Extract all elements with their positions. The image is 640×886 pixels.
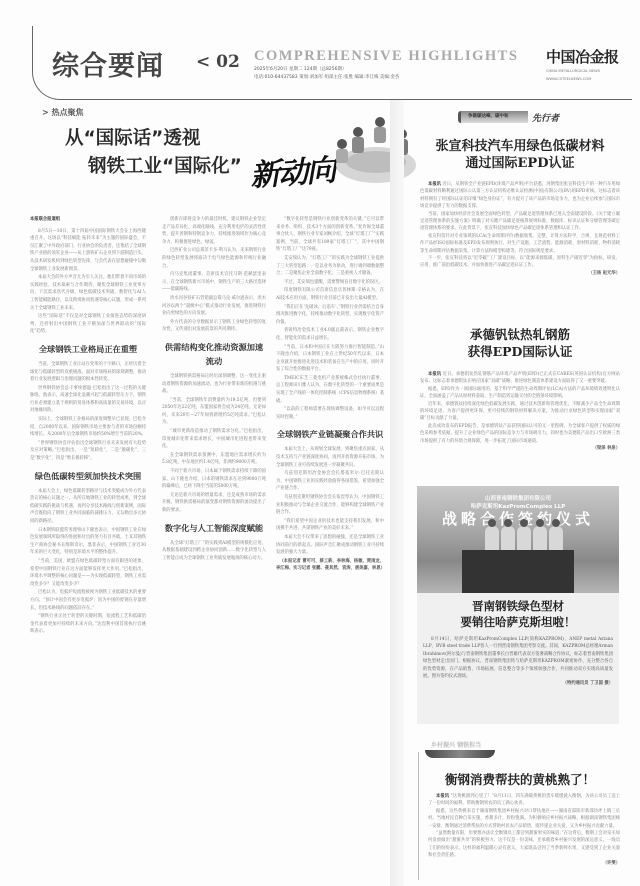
paragraph: 本届大会的外方声音尤为引人关注。他们带着不同市场的实践经验、技术探索与合作期待，… <box>30 274 146 312</box>
paragraph: 8月5日—10日，第十四届中国国际钢铁大会在上海西隆重召开。这场以“科技赋能 拓… <box>30 228 146 274</box>
article2-headline: 承德钒钛热轧钢筋 获得EPD国际认证 <box>420 326 620 360</box>
article1-body: 本报讯 近日，从钢铁全产业链EPD(环境产品声明)平台获悉，河钢集团张宣科技生产… <box>420 181 620 277</box>
paragraph: 当前，国家加快经济社会发展全面绿色转型，产品碳足迹管理体系已进入全面建设阶段。《… <box>420 211 620 233</box>
paragraph: “虽然数量有限，但要想办法让全衡钢员工都尝到甜蜜果实的味道。”在这背后，衡钢工会… <box>428 830 620 860</box>
signing-ceremony-photo: 山西晋南钢铁集团有限公司 哈萨克斯坦KazPromComplex LLP 战略合… <box>417 486 619 593</box>
contact-line: 电话:010-64437583 策划:刘加军 组部主任:张胜 编辑:李江梅 美编… <box>254 74 399 82</box>
paragraph: 不同于新兴市场，日本属于钢铁需求持续下降的国家。山下隆也介绍，日本的钢铁需求在达… <box>162 468 266 491</box>
paragraph: “当前，全球钢铁年消费量约为19.5亿吨，但要到2050年达22亿吨，东盟国家将… <box>162 397 266 427</box>
reporter-credit: （许雯） <box>428 860 620 867</box>
paragraph: 本届大会上，从规划全球发展，到聚焦重点国家，从技术支持与产业链深度协同，再到开放… <box>276 446 384 469</box>
paragraph: 艾安瑞认为，“灯塔工厂”的实践为全球钢铁工业提供了三大转型思路：一是以业务为驱动… <box>276 255 384 278</box>
section-label-hot-focus: > 热点聚焦 <box>42 107 84 118</box>
photo-news-box: 山西晋南钢铁集团有限公司 哈萨克斯坦KazPromComplex LLP 战略合… <box>417 486 619 724</box>
article1-headline: 张宣科技汽车用绿色低碳材料 通过国际EPD认证 <box>420 138 620 172</box>
right-column-divider <box>390 100 404 886</box>
subheading: 供需结构变化推动资源加速流动 <box>162 340 266 368</box>
paragraph: 此次成功发布的EPD报告，是承德钒钛产品获得国际认可的又一里程碑，为全球客户提供… <box>420 423 620 445</box>
paragraph: 乌兹别克斯坦冶金协会会长塔基米尔·巴托克斯认为，中国钢铁工业的实践经验值得各国借… <box>276 470 384 493</box>
paragraph: 淡水河谷铁矿石营销副总裁马克·威尔逊表示，淡水河谷以两个“超级中心”模式推动行业… <box>162 295 266 318</box>
logo-subtitle: CHINA METALLURGICAL NEWS WWW.CSTEELNEWS.… <box>546 67 600 83</box>
paragraph: 巴西矿业公司总裁菲卡多·利马认为，未来钢铁行业的绿色转型发展将取决于电气绿色能源… <box>162 247 266 270</box>
photographer-credit: （特约通讯员 丁卫国 摄） <box>423 680 613 687</box>
meeting-illustration-icon <box>328 110 418 190</box>
headline-line: 获得EPD国际认证 <box>420 343 620 360</box>
paragraph: 在全球钢铁需求预测中，东盟地区需求增长约为5.8亿吨，中东地区约1.4亿吨，非洲… <box>162 452 266 467</box>
lead-tag: 本报讯 <box>428 182 441 187</box>
paragraph: 内马克集团董事、首席技术官托马斯·范赫瑟里表示，在全球钢铁新兴市场中，钢铁生产的… <box>162 271 266 294</box>
subheading: 全球钢铁工业格局正在重塑 <box>30 342 146 356</box>
lead-tag: 本报讯 <box>436 794 449 799</box>
headline-line: 通过国际EPD认证 <box>420 155 620 172</box>
subheading: 数字化与人工智能深度赋能 <box>162 521 266 535</box>
paragraph: 据悉，EPD作为一项国际通用的，基于科学严谨的生命周期评估(LCA)方法的产品环… <box>420 386 620 401</box>
paragraph: “世界钢铁协会评估指出全球钢铁行业未来发展有大趋势及应对策略。”巴松指出，一是“… <box>30 440 146 463</box>
paragraph: “这黄桃甜到心里了！”8月11日，四车满载黄桃的货车缓缓驶入衡钢，为该公司员工送… <box>428 794 620 806</box>
article-side-rule <box>418 752 419 880</box>
tag-label: 争做碳达峰、碳中和 <box>468 113 509 119</box>
feature-column-2: 创新在即将竞争力的最佳时机，建议钢铁企业坚定走产品差异化、高端化路线，充分利用电… <box>162 216 266 563</box>
paragraph: 外方代表的分享数据显示了钢铁工业绿色转型的复杂性，又传递出对发展前景的共同期待。 <box>162 319 266 334</box>
paragraph: “城市更新改造推动了钢铁需求分化。”巴松指出，印度城市化带来需求增长，中国城市化… <box>162 428 266 451</box>
english-section-title: COMPREHENSIVE HIGHLIGHTS <box>254 48 518 65</box>
paragraph: “以前的工程师需要在现场调整设备，如今可以远程实时控制。” <box>276 406 384 421</box>
badge-label: 乡村振兴 钢铁担当 <box>431 740 481 749</box>
paragraph: 本届大会不仅带来了思想的碰撞，还是全球钢铁工业协同前行的新起点。国际声音汇聚成推… <box>276 534 384 557</box>
feature-column-1: 本报联合报道组 8月5日—10日，第十四届中国国际钢铁大会在上海西隆重召开。这场… <box>30 216 146 637</box>
badge-ribbon <box>425 750 495 758</box>
masthead: 综合要闻 < 02 COMPREHENSIVE HIGHLIGHTS 2025年… <box>0 0 640 100</box>
article2-body: 本报讯 近日，承德钒钛热轧钢筋产品环境产品声明(EPD)已正式在CARES(英国… <box>420 371 620 452</box>
subheading: 绿色低碳转型须加快技术突围 <box>30 469 146 483</box>
paragraph: 不过，艾安瑞也提醒，需要警惕盲目数字化的误区。 <box>276 279 384 287</box>
feature-banner: > 热点聚焦 从“国际话”透视 钢铁工业“国际化” 新动向 <box>28 100 390 212</box>
paragraph: 下一步，张宣科技将以“近零碳”工厂建设目标，以“能源来源低碳、原料生产碳近零”为… <box>420 255 620 270</box>
paragraph: 实际上，全球钢铁工业格局的深度调整早已显现。巴松介绍，自2000年以来，国际钢铁… <box>30 416 146 439</box>
signing-table <box>462 550 574 593</box>
paragraph: 8月14日，哈萨克斯坦KazPromComplex LLP(简称KAZPROM)… <box>423 636 613 680</box>
paragraph: 近日，从钢铁全产业链EPD(环境产品声明)平台获悉，河钢集团张宣科技生产的一种汽… <box>420 182 620 209</box>
website-link[interactable]: WWW.CSTEELNEWS.COM <box>546 75 600 83</box>
paragraph: 印度钢铁有限公司首席信息官普林斯·辛格认为，在AI技术应用方面，钢铁行业目前已开… <box>276 287 384 302</box>
logo-english: CHINA METALLURGICAL NEWS <box>546 67 600 75</box>
paragraph: 普锐特冶金技术工业4.0副总裁表示，钢铁企业数字化、智能化的需求日益增长。 <box>276 327 384 342</box>
paragraph: “当前，美国、欧盟在绿色低碳转型方面有跟进的迹象，希望中国钢铁行业在这方面能够发… <box>30 558 146 588</box>
paragraph: “数字化转型是钢铁行业创新变革的关键。”它可以带来业务、组织、技术3个方面的创新… <box>276 216 384 254</box>
date-line: 2025年6月20日 星期二 124期（总8256期） <box>254 66 399 74</box>
paragraph: “我们正在‘先破冰，后追车’。”钢铁行业仍需结合自身情况推进数字化，持续推动数字… <box>276 304 384 327</box>
subheading: 全球钢铁产业链凝聚合作共识 <box>276 427 384 441</box>
paragraph: “钢铁行业正处于转型的关键时期，短流程工艺和低碳冶金代表着更加可持续的未来方向。… <box>30 613 146 636</box>
reporter-credit: （梁泽 林泉） <box>420 445 620 452</box>
paragraph: 近日，承德钒钛热轧钢筋产品环境产品声明(EPD)已正式在CARES(英国认证机构… <box>420 372 620 384</box>
paragraph: 日本钢铁联盟常务理事山下隆也表示，中国钢铁工业在绿色发展领域所取得的进展和付出的… <box>30 527 146 557</box>
article3-headline: 晋南钢铁绿色型材 要销往哈萨克斯坦啦！ <box>417 598 619 630</box>
headline-line: 晋南钢铁绿色型材 <box>417 598 619 614</box>
paragraph: 当前，全球钢铁工业正站在变革的十字路口，正经历着全球化与低碳转型的双重挑战，面对… <box>30 361 146 384</box>
byline: 本报联合报道组 <box>30 216 146 224</box>
headline-line: 张宣科技汽车用绿色低碳材料 <box>420 138 620 155</box>
paragraph: 巴松认为，电弧炉短流程被视为钢铁工业低碳技术的重要方向。“预计中国会有更多电弧炉… <box>30 589 146 612</box>
rural-revitalization-badge: 乡村振兴 钢铁担当 <box>425 740 495 762</box>
section-title: 综合要闻 <box>52 44 164 83</box>
lead-tag: 本报讯 <box>428 372 441 377</box>
paragraph: “当前，日本和中国正在大阪努力推行智能制造。”山下隆也介绍，日本钢铁工业在上世纪… <box>276 344 384 374</box>
feature-headline-calligraphy: 新动向 <box>249 145 336 195</box>
page-number: < 02 <box>196 52 240 72</box>
issue-info: 2025年6月20日 星期二 124期（总8256期） 电话:010-64437… <box>254 66 399 82</box>
paragraph: 张宣科技针对专业领域的LCA(生命周期评价)数据收集、完整、计算方法科学，合规，… <box>420 233 620 255</box>
paragraph: 据悉，这些黄桃来自于湖南钢铁集团乡村振兴对口帮扶地区——湖南省邵阳市新邵县坪上镇… <box>428 808 620 830</box>
paragraph: 创新在即将竞争力的最佳时机，建议钢铁企业坚定走产品差异化、高端化路线，充分利用电… <box>162 216 266 246</box>
banner-company-1: 山西晋南钢铁集团有限公司 <box>417 494 619 502</box>
article3-body: 8月14日，哈萨克斯坦KazPromComplex LLP(简称KAZPROM)… <box>423 636 613 688</box>
paragraph: 近年来，承德钒钛持续深化绿色低碳发展实践，通过技术创新和管理优化，不断减少产品全… <box>420 401 620 423</box>
banner-title: 战略合作签约仪式 <box>417 508 619 529</box>
tag-italic-title: 先行者 <box>532 111 559 124</box>
paragraph: 乌兹别克斯坦钢铁协会会长依涅琴认为，中国钢铁工业积极推动与全球企业交流合作，能够… <box>276 494 384 517</box>
paragraph: TMEIC东芝三菱电机产业系统株式会社执行董事、总工程师田川雅人认为，在数字化转… <box>276 375 384 405</box>
paragraph: 全球钢铁供需格局正经历深刻调整，这一变化正驱动着钢铁资源的加速流动，也为行业带来… <box>162 373 266 396</box>
newspaper-logo: 中国冶金报 <box>546 46 619 67</box>
headline-line: 承德钒钛热轧钢筋 <box>420 326 620 343</box>
paragraph: 本届大会上，绿色低碳转型路径与技术突破成为外方代表热议的核心议题之一。从所在地钢… <box>30 488 146 526</box>
paragraph: 无论是新兴市场的增量需求，还是成熟市场的需求升级，钢铁供需格局的演变都对钢铁资源… <box>162 492 266 515</box>
paragraph: 世界钢铁协会总干事埃德温·巴松指出了这一过程的关键脉络。他表示，高速全球化浪潮兴… <box>30 385 146 415</box>
paragraph: 这些“国际话”不仅是对全球钢铁工业演进态势的深度研判，还折射出中国钢铁工业不断加… <box>30 313 146 336</box>
feature-headline-line1: 从“国际话”透视 <box>65 124 200 150</box>
article4-headline: 衡钢消费帮扶的黄桃熟了！ <box>420 772 620 788</box>
reporter-credit: （本报记者 曹可可、蔡工新、李林海、杨敏、贾雨龙、李江梅、实习记者 张鹏、聂其然… <box>276 558 384 573</box>
feature-headline-line2: 钢铁工业“国际化” <box>88 152 242 178</box>
paragraph: 从全球“灯塔工厂”的实践到AI模型的规模化应用，从数据基础建设到跨企业协同创新…… <box>162 540 266 563</box>
article4-body: 本报讯 “这黄桃甜到心里了！”8月11日，四车满载黄桃的货车缓缓驶入衡钢，为该公… <box>428 793 620 867</box>
reporter-credit: （王杨 赵元华） <box>420 270 620 277</box>
feature-column-3: “数字化转型是钢铁行业创新变革的关键。”它可以带来业务、组织、技术3个方面的创新… <box>276 216 384 574</box>
paragraph: “我们希望中国企业的技术也能支持我们发展，和中国携手共进，共谋钢铁产业的美好未来… <box>276 518 384 533</box>
pioneer-section-tag: 争做碳达峰、碳中和 先行者 <box>458 111 558 123</box>
headline-line: 要销往哈萨克斯坦啦！ <box>417 614 619 630</box>
